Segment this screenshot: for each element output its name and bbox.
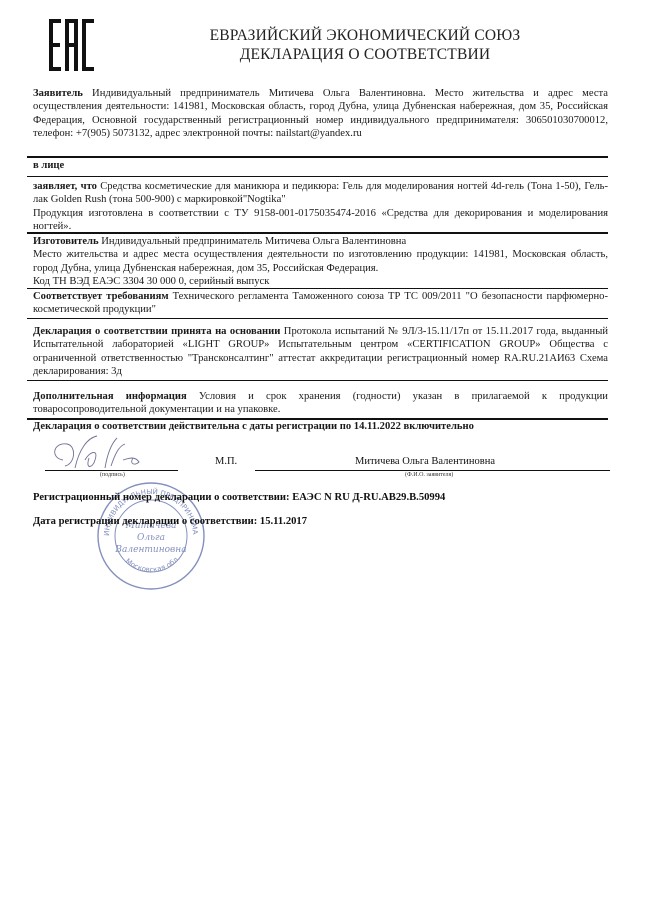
registration-date-value: 15.11.2017 (260, 516, 307, 527)
additional-info-label: Дополнительная информация (33, 391, 187, 402)
stamp-line3: Валентиновна (114, 545, 186, 555)
applicant-section: Заявитель Индивидуальный предприниматель… (33, 87, 608, 140)
declares-section: заявляет, что Средства косметические для… (33, 180, 608, 233)
registration-date-label: Дата регистрации декларации о соответств… (33, 516, 257, 527)
conforms-label: Соответствует требованиям (33, 291, 169, 302)
name-line (255, 470, 610, 471)
declares-label: заявляет, что (33, 181, 97, 192)
applicant-text: Индивидуальный предприниматель Митичева … (33, 88, 608, 139)
declaration-page: ЕВРАЗИЙСКИЙ ЭКОНОМИЧЕСКИЙ СОЮЗ ДЕКЛАРАЦИ… (0, 0, 645, 913)
stamp-line2: Ольга (137, 533, 165, 543)
additional-info-section: Дополнительная информация Условия и срок… (33, 390, 608, 417)
product-description: Средства косметические для маникюра и пе… (33, 181, 608, 205)
svg-text:Московская обл.: Московская обл. (124, 554, 182, 573)
manufacturer-name: Индивидуальный предприниматель Митичева … (99, 236, 407, 247)
represented-by-section: в лице (33, 159, 608, 172)
divider (27, 318, 608, 319)
registration-number-label: Регистрационный номер декларации о соотв… (33, 492, 290, 503)
represented-by-label: в лице (33, 160, 64, 171)
manufacturer-label: Изготовитель (33, 236, 99, 247)
signer-name: Митичева Ольга Валентиновна (355, 456, 495, 467)
divider (27, 380, 608, 381)
document-title: ДЕКЛАРАЦИЯ О СООТВЕТСТВИИ (150, 46, 580, 64)
manufacturer-address: Место жительства и адрес места осуществл… (33, 249, 608, 273)
stamp-place-label: М.П. (215, 456, 237, 467)
stamp-bottom-text: Московская обл. (124, 554, 182, 573)
applicant-label: Заявитель (33, 88, 83, 99)
basis-section: Декларация о соответствии принята на осн… (33, 325, 608, 378)
conforms-section: Соответствует требованиям Технического р… (33, 290, 608, 317)
registration-number-row: Регистрационный номер декларации о соотв… (33, 492, 445, 503)
eac-logo-icon (49, 19, 94, 71)
signature-line (45, 470, 178, 471)
hs-code: Код ТН ВЭД ЕАЭС 3304 30 000 0, серийный … (33, 276, 269, 287)
signature-caption: (подпись) (100, 472, 125, 478)
divider (27, 288, 608, 289)
divider (27, 232, 608, 234)
union-title: ЕВРАЗИЙСКИЙ ЭКОНОМИЧЕСКИЙ СОЮЗ (150, 27, 580, 45)
registration-date-row: Дата регистрации декларации о соответств… (33, 516, 307, 527)
divider (27, 156, 608, 158)
manufacturer-section: Изготовитель Индивидуальный предпринимат… (33, 235, 608, 288)
basis-label: Декларация о соответствии принята на осн… (33, 326, 280, 337)
name-caption: (Ф.И.О. заявителя) (405, 472, 453, 478)
product-spec: Продукция изготовлена в соответствии с Т… (33, 208, 608, 232)
registration-number-value: ЕАЭС N RU Д-RU.АВ29.В.50994 (292, 492, 445, 503)
divider (27, 176, 608, 177)
